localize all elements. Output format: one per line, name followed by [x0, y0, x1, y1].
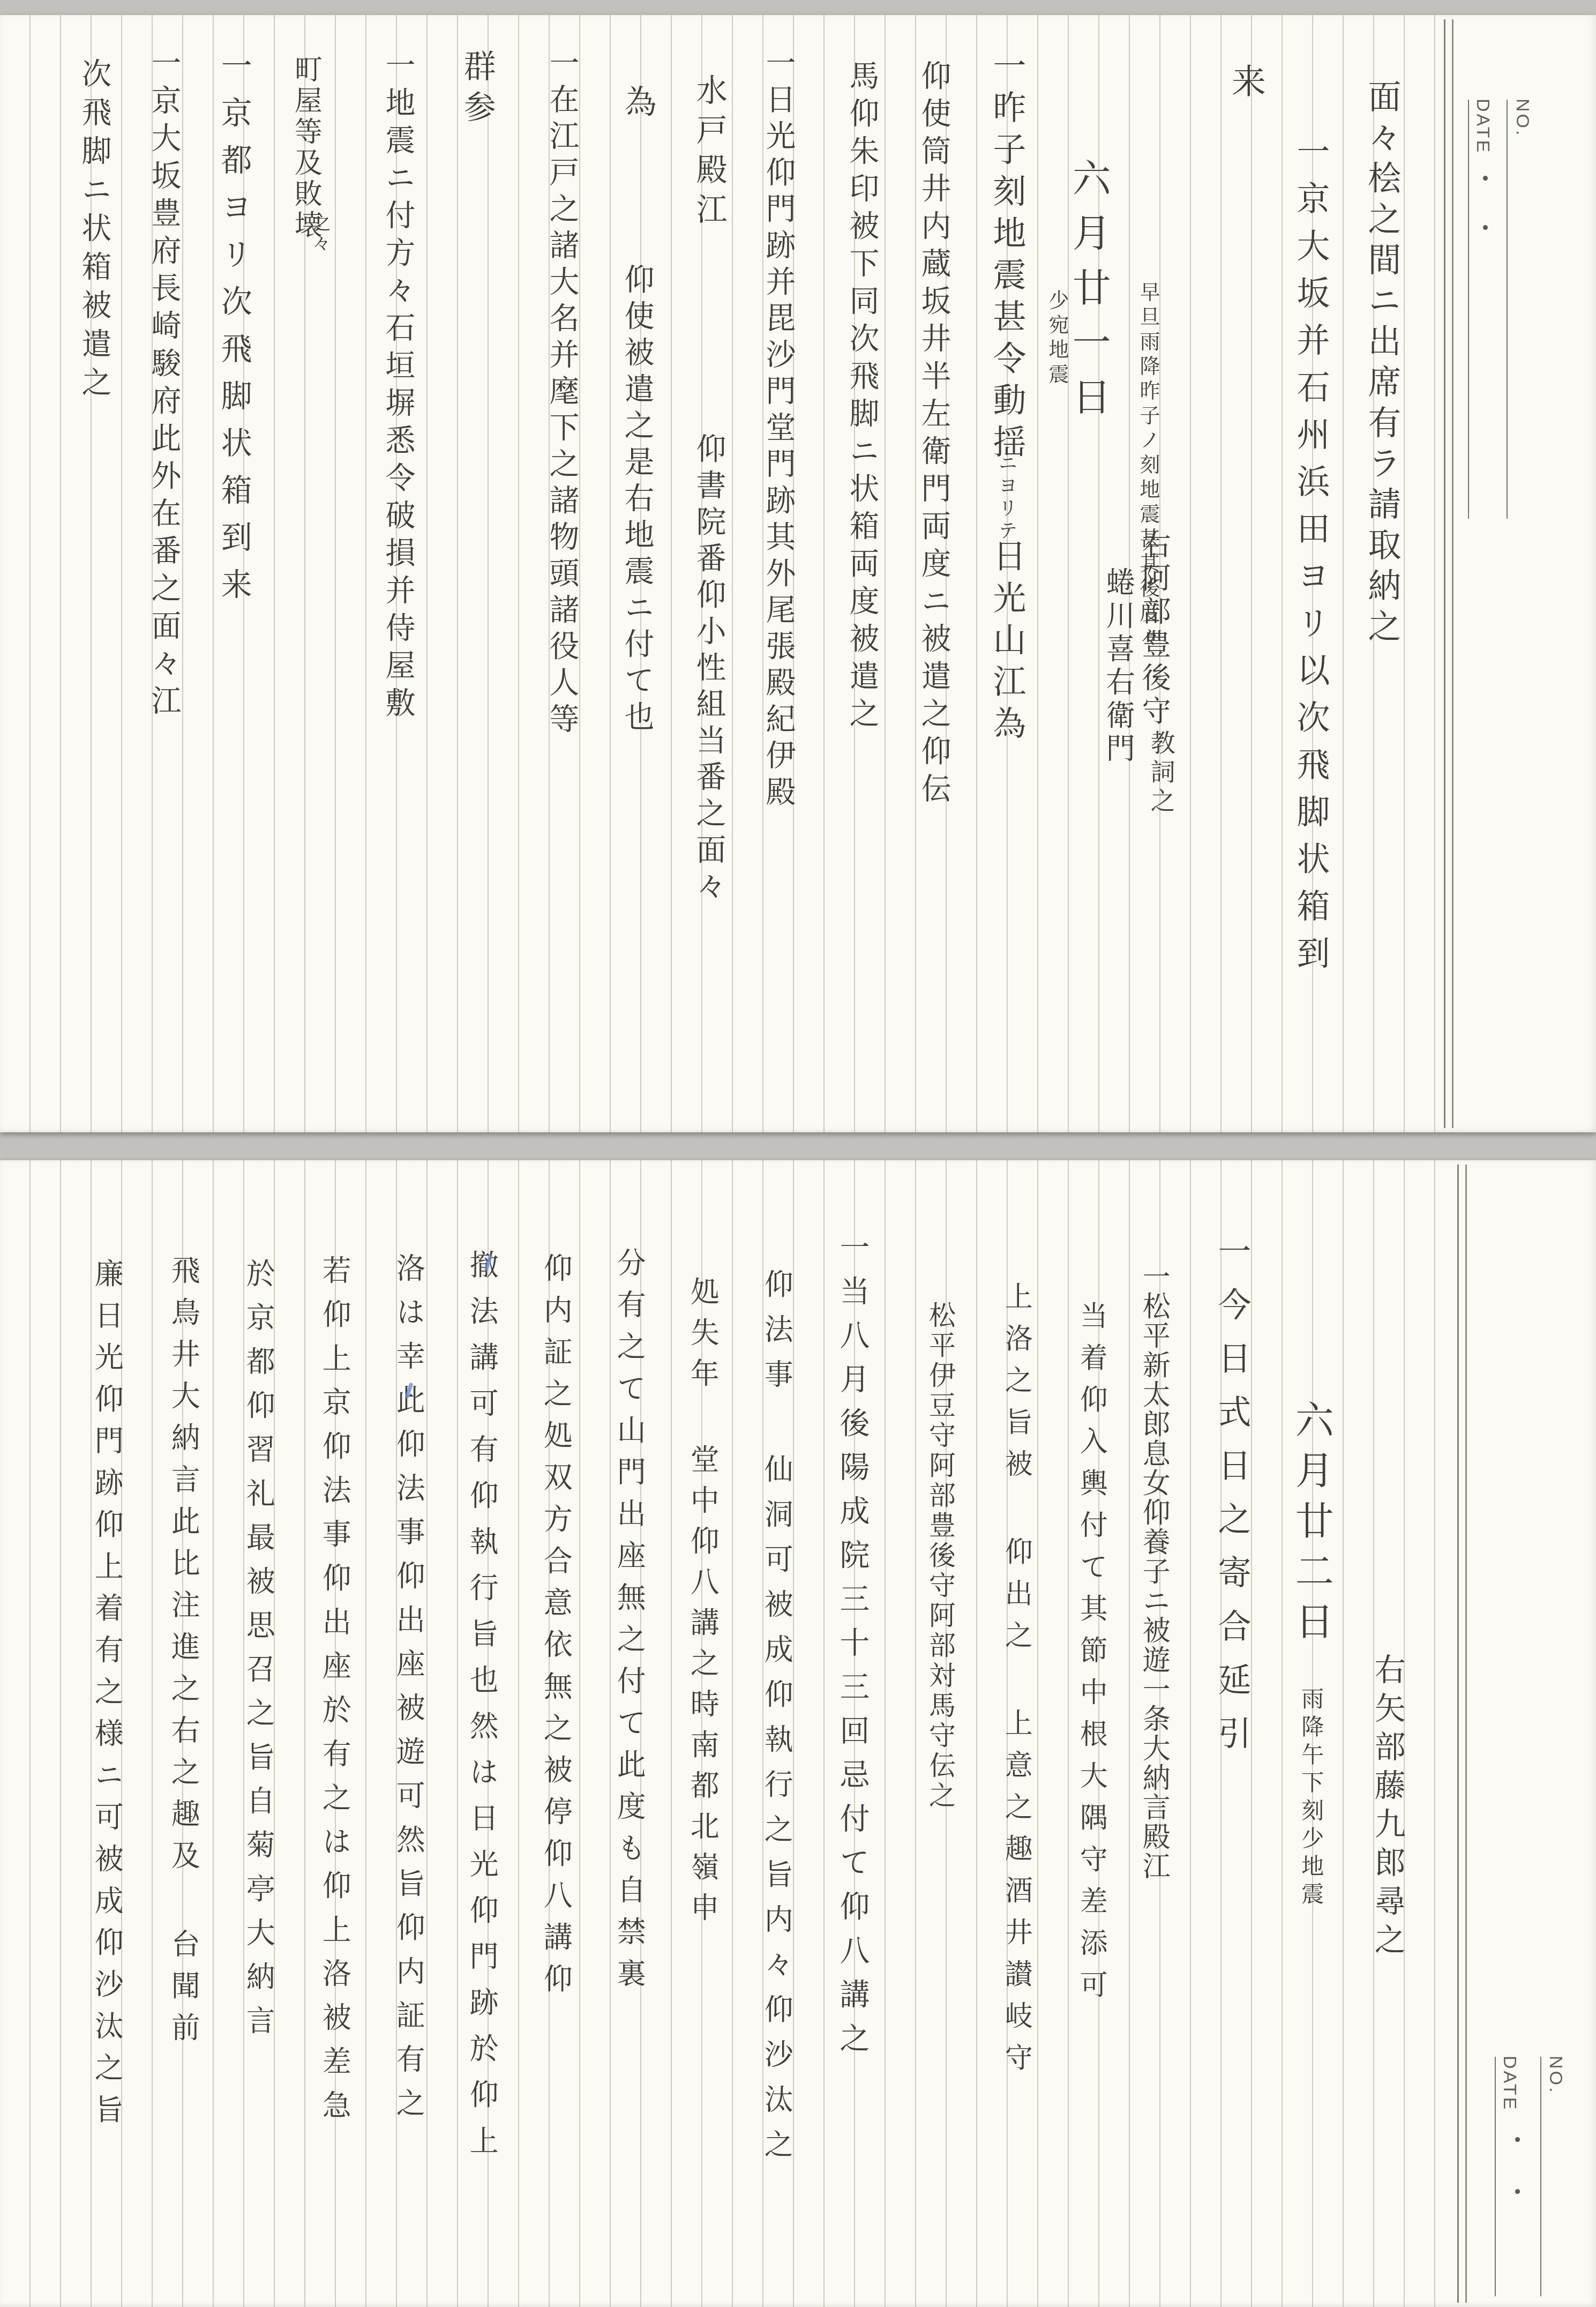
page-2-text-column-5: 一松平新太郎息女仰養子ニ被遊一条大納言殿江	[1138, 1262, 1168, 1881]
page-1-date-separator-dot-2	[1483, 225, 1488, 230]
page-1-text-column-26: 一京大坂豊府長崎駿府此外在番之面々江	[147, 47, 179, 722]
page-1-annotation-column-9: 教詞之	[1148, 730, 1174, 817]
page-1-text-column-13: 仰使筒井内蔵坂井半左衛門両度ニ被遣之仰伝	[917, 60, 949, 810]
page-1-text-column-17: 仰書院番仰小性組当番之面々	[692, 433, 724, 907]
page-2-text-column-18: 飛鳥井大納言此比注進之右之趣及 台聞前	[168, 1255, 199, 2054]
page-1-margin-rule	[1444, 19, 1445, 1128]
page-1-text-column-2: 一京大坂并石州浜田ヨリ以次飛脚状箱到	[1292, 134, 1328, 983]
page-1-text-column-10: 一昨子刻地震甚令動揺	[988, 48, 1024, 466]
page-1-text-column-7: 右阿部豊後守	[1138, 529, 1170, 729]
page-2-text-column-9: 一当八月後陽成院三十三回忌付て仰八講之	[836, 1231, 868, 2066]
page-1-no-label: NO.	[1512, 99, 1533, 137]
page-2-text-column-10: 仰法事 仙洞可被成仰執行之旨内々仰沙汰之	[761, 1269, 792, 2174]
page-2-text-column-14: 撤法講可有仰執行旨也然は日光仰門跡於仰上	[466, 1250, 497, 2171]
page-1-text-column-22: 一地震ニ付方々石垣塀悉令破損并侍屋敷	[381, 49, 414, 725]
page-1-no-field-line	[1507, 100, 1508, 519]
page-2-text-column-8: 松平伊豆守阿部豊後守阿部対馬守伝之	[926, 1301, 955, 1811]
page-1-sheet: 面々桧之間ニ出席有ラ請取納之一京大坂并石州浜田ヨリ以次飛脚状箱到来六月廿一日早旦…	[0, 15, 1596, 1132]
page-1-text-column-16: 水戸殿江	[692, 74, 726, 233]
page-2-text-column-17: 於京都仰習礼最被思召之旨自菊亭大納言	[243, 1258, 274, 2049]
page-2-text-column-19: 廉日光仰門跡仰上着有之様ニ可被成仰沙汰之旨	[91, 1258, 122, 2136]
page-1-date-field-line	[1468, 100, 1469, 519]
page-1-text-column-18: 為	[620, 85, 655, 122]
page-2-margin-rule	[1457, 1164, 1459, 2303]
page-1-text-column-12: 日光山江為	[988, 539, 1024, 748]
page-2-text-column-16: 若仰上京仰法事仰出座於有之は仰上洛被差急	[319, 1255, 350, 2134]
page-1-annotation-column-6: 少宛地震	[1046, 289, 1068, 388]
page-2-date-field-line	[1495, 2057, 1496, 2296]
page-2-text-column-6: 当着仰入輿付て其節中根大隅守差添可	[1076, 1301, 1106, 2012]
page-1-text-column-4: 六月廿一日	[1067, 158, 1109, 431]
page-2-text-column-13: 仰内証之処双方合意依無之被停仰八講仰	[540, 1253, 571, 2005]
page-2-text-column-12: 分有之て山門出座無之付て此度も自禁裏	[613, 1248, 645, 2000]
page-1-text-column-19: 仰使被遣之是右地震ニ付て也	[620, 264, 653, 737]
page-2-margin-rule	[1465, 1164, 1467, 2303]
page-1-text-column-27: 次飛脚ニ状箱被遣之	[78, 58, 110, 405]
page-2-date-separator-dot-1	[1515, 2137, 1520, 2142]
page-1-text-column-3: 来	[1227, 63, 1264, 103]
page-2-no-field-line	[1540, 2057, 1541, 2296]
page-1-text-column-21: 群参	[460, 49, 494, 131]
page-2-sheet: 右矢部藤九郎尋之六月廿二日雨降午下刻少地震一今日式日之寄合延引一松平新太郎息女仰…	[0, 1160, 1596, 2307]
page-1-date-label: DATE	[1472, 99, 1493, 154]
page-1-annotation-column-24: 之々	[310, 213, 329, 254]
page-1-text-column-14: 馬仰朱印被下同次飛脚ニ状箱両度被遣之	[845, 60, 878, 735]
scanned-document: 面々桧之間ニ出席有ラ請取納之一京大坂并石州浜田ヨリ以次飛脚状箱到来六月廿一日早旦…	[0, 0, 1596, 2307]
page-2-no-label: NO.	[1545, 2056, 1566, 2094]
page-2-date-label: DATE	[1499, 2056, 1520, 2111]
page-1-text-column-15: 一日光仰門跡并毘沙門堂門跡其外尾張殿紀伊殿	[762, 47, 794, 812]
page-2-text-column-4: 一今日式日之寄合延引	[1213, 1234, 1249, 1770]
page-1-text-column-25: 一京都ヨリ次飛脚状箱到来	[217, 49, 251, 615]
page-1-text-column-8: 蜷川喜右衛門	[1103, 567, 1134, 766]
page-2-text-column-1: 右矢部藤九郎尋之	[1370, 1653, 1404, 1962]
page-2-text-column-11: 処失年 堂中仰八講之時南都北嶺申	[687, 1276, 718, 1933]
page-1-text-column-1: 面々桧之間ニ出席有ラ請取納之	[1363, 79, 1399, 649]
page-2-annotation-column-3: 雨降午下刻少地震	[1299, 1687, 1323, 1910]
page-2-text-column-2: 六月廿二日	[1290, 1400, 1332, 1652]
page-2-text-column-7: 上洛之旨被 仰出之 上意之趣酒井讃岐守	[1001, 1282, 1031, 2085]
page-2-date-separator-dot-2	[1515, 2189, 1520, 2194]
page-1-text-column-20: 一在江戸之諸大名并麾下之諸物頭諸役人等	[545, 47, 578, 740]
page-1-margin-rule	[1452, 19, 1453, 1128]
page-1-date-separator-dot-1	[1483, 176, 1488, 181]
page-1-annotation-column-11: ニヨリテ	[995, 453, 1016, 543]
